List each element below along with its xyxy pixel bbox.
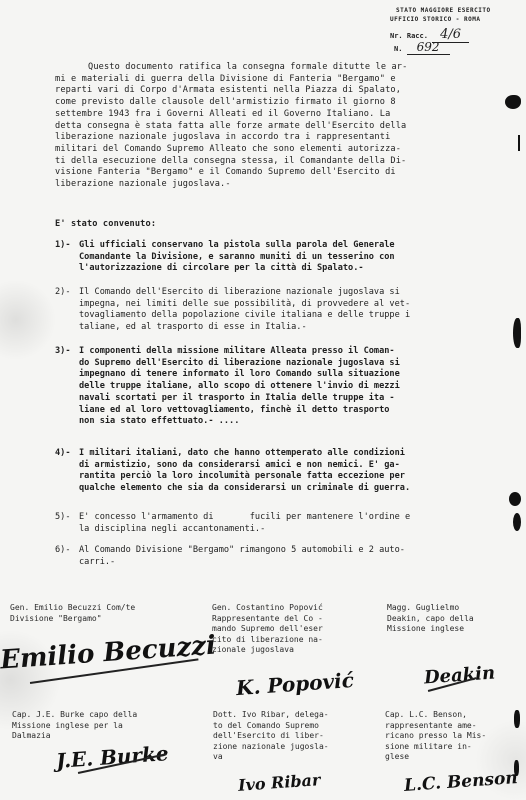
item-line: la disciplina negli accantonamenti.- [79,524,410,536]
handwritten-signature: L.C. Benson [403,768,518,796]
signatory-line: Cap. J.E. Burke capo della [12,710,137,721]
intro-line: come previsto dalle clausole dell'armist… [55,97,407,109]
item-line: I militari italiani, dato che hanno otte… [79,448,410,460]
item-text: Il Comando dell'Esercito di liberazione … [79,287,410,334]
signatory-block: Cap. J.E. Burke capo dellaMissione ingle… [12,710,137,742]
intro-line: mi e materiali di guerra della Divisione… [55,74,407,86]
item-text: I componenti della missione militare All… [79,346,400,428]
item-number: 1)- [55,240,71,252]
item-line: non sia stato effettuato.- .... [79,416,400,428]
item-line: di armistizio, sono da considerarsi amic… [79,460,410,472]
intro-line: settembre 1943 fra i Governi Alleati ed … [55,109,407,121]
item-line: navali scortati per il trasporto in Ital… [79,393,400,405]
item-line: liane ed al loro vettovagliamento, finch… [79,405,400,417]
item-number: 3)- [55,346,71,358]
signatory-block: Gen. Emilio Becuzzi Com/teDivisione "Ber… [10,603,135,624]
item-line: E' concesso l'armamento di fucili per ma… [79,512,410,524]
item-line: Comandante la Divisione, e saranno munit… [79,252,395,264]
signatory-line: to del Comando Supremo [213,721,329,732]
item-line: Al Comando Divisione "Bergamo" rimangono… [79,545,405,557]
archive-stamp: STATO MAGGIORE ESERCITO UFFICIO STORICO … [360,6,510,54]
item-number: 2)- [55,287,71,299]
signatory-block: Magg. GuglielmoDeakin, capo dellaMission… [387,603,474,635]
handwritten-signature: Ivo Ribar [237,770,321,795]
stamp-line-2: UFFICIO STORICO - ROMA [360,15,510,24]
signatory-line: glese [385,752,486,763]
signatory-line: Gen. Costantino Popović [212,603,323,614]
item-text: Al Comando Divisione "Bergamo" rimangono… [79,545,405,568]
signatory-line: cito di liberazione na- [212,635,323,646]
signatory-line: ricano presso la Mis- [385,731,486,742]
signatory-line: Gen. Emilio Becuzzi Com/te [10,603,135,614]
intro-line: visione Fanteria "Bergamo" e il Comando … [55,167,407,179]
item-line: delle truppe italiane, allo scopo di ott… [79,381,400,393]
ink-blot [505,95,521,109]
item-number: 5)- [55,512,71,524]
handwritten-signature: K. Popović [235,668,354,700]
protocol-label: Nr. Racc. [390,32,428,40]
signatory-line: Dott. Ivo Ribar, delega- [213,710,329,721]
ink-blot [513,318,521,348]
signatory-line: zione nazionale jugosla- [213,742,329,753]
document-number: N. 692 [360,43,510,54]
signatory-line: Dalmazia [12,731,137,742]
number-label: N. [394,45,402,53]
signatory-line: Cap. L.C. Benson, [385,710,486,721]
item-number: 6)- [55,545,71,557]
document-page: STATO MAGGIORE ESERCITO UFFICIO STORICO … [0,0,526,800]
intro-line: liberazione nazionale jugoslava.- [55,179,407,191]
signatory-line: Divisione "Bergamo" [10,614,135,625]
intro-line: reparti vari di Corpo d'Armata esistenti… [55,85,407,97]
intro-line: detta consegna è stata fatta alle forze … [55,121,407,133]
item-line: Gli ufficiali conservano la pistola sull… [79,240,395,252]
item-line: tovagliamento della popolazione civile i… [79,310,410,322]
ink-blot [514,710,520,728]
stamp-line-1: STATO MAGGIORE ESERCITO [360,6,510,15]
item-line: qualche elemento che sia da considerarsi… [79,483,410,495]
handwritten-signature: Deakin [423,663,495,689]
signatory-line: zionale jugoslava [212,645,323,656]
intro-line: ti della esecuzione della consegna stess… [55,156,407,168]
item-line: impegnano di tenere informato il loro Co… [79,369,400,381]
item-line: l'autorizzazione di circolare per la cit… [79,263,395,275]
intro-line: Questo documento ratifica la consegna fo… [55,62,407,74]
signatory-line: Magg. Guglielmo [387,603,474,614]
signatory-block: Gen. Costantino PopovićRappresentante de… [212,603,323,656]
agreed-heading: E' stato convenuto: [55,219,156,231]
item-text: E' concesso l'armamento di fucili per ma… [79,512,410,535]
ink-blot [509,492,521,506]
item-text: I militari italiani, dato che hanno otte… [79,448,410,495]
signatory-line: Missione inglese [387,624,474,635]
item-text: Gli ufficiali conservano la pistola sull… [79,240,395,275]
signatory-block: Cap. L.C. Benson,rappresentante ame-rica… [385,710,486,763]
signatory-line: dell'Esercito di liber- [213,731,329,742]
item-line: rantita perciò la loro incolumità person… [79,471,410,483]
item-line: impegna, nei limiti delle sue possibilit… [79,299,410,311]
signatory-line: Deakin, capo della [387,614,474,625]
signatory-block: Dott. Ivo Ribar, delega-to del Comando S… [213,710,329,763]
item-line: Il Comando dell'Esercito di liberazione … [79,287,410,299]
margin-mark [518,135,520,151]
ink-blot [514,760,519,776]
signatory-line: sione militare in- [385,742,486,753]
number-value: 692 [407,40,450,55]
signatory-line: rappresentante ame- [385,721,486,732]
intro-line: liberazione nazionale jugoslava in accor… [55,132,407,144]
item-number: 4)- [55,448,71,460]
signatory-line: Missione inglese per la [12,721,137,732]
signatory-line: va [213,752,329,763]
intro-paragraph: Questo documento ratifica la consegna fo… [55,62,407,191]
item-line: taliane, ed al trasporto di esse in Ital… [79,322,410,334]
item-line: I componenti della missione militare All… [79,346,400,358]
item-line: do Supremo dell'Esercito di liberazione … [79,358,400,370]
ink-blot [513,513,521,531]
handwritten-signature: Emilio Becuzzi [0,631,217,676]
intro-line: militari del Comando Supremo Alleato che… [55,144,407,156]
signatory-line: mando Supremo dell'eser [212,624,323,635]
item-line: carri.- [79,557,405,569]
signatory-line: Rappresentante del Co - [212,614,323,625]
